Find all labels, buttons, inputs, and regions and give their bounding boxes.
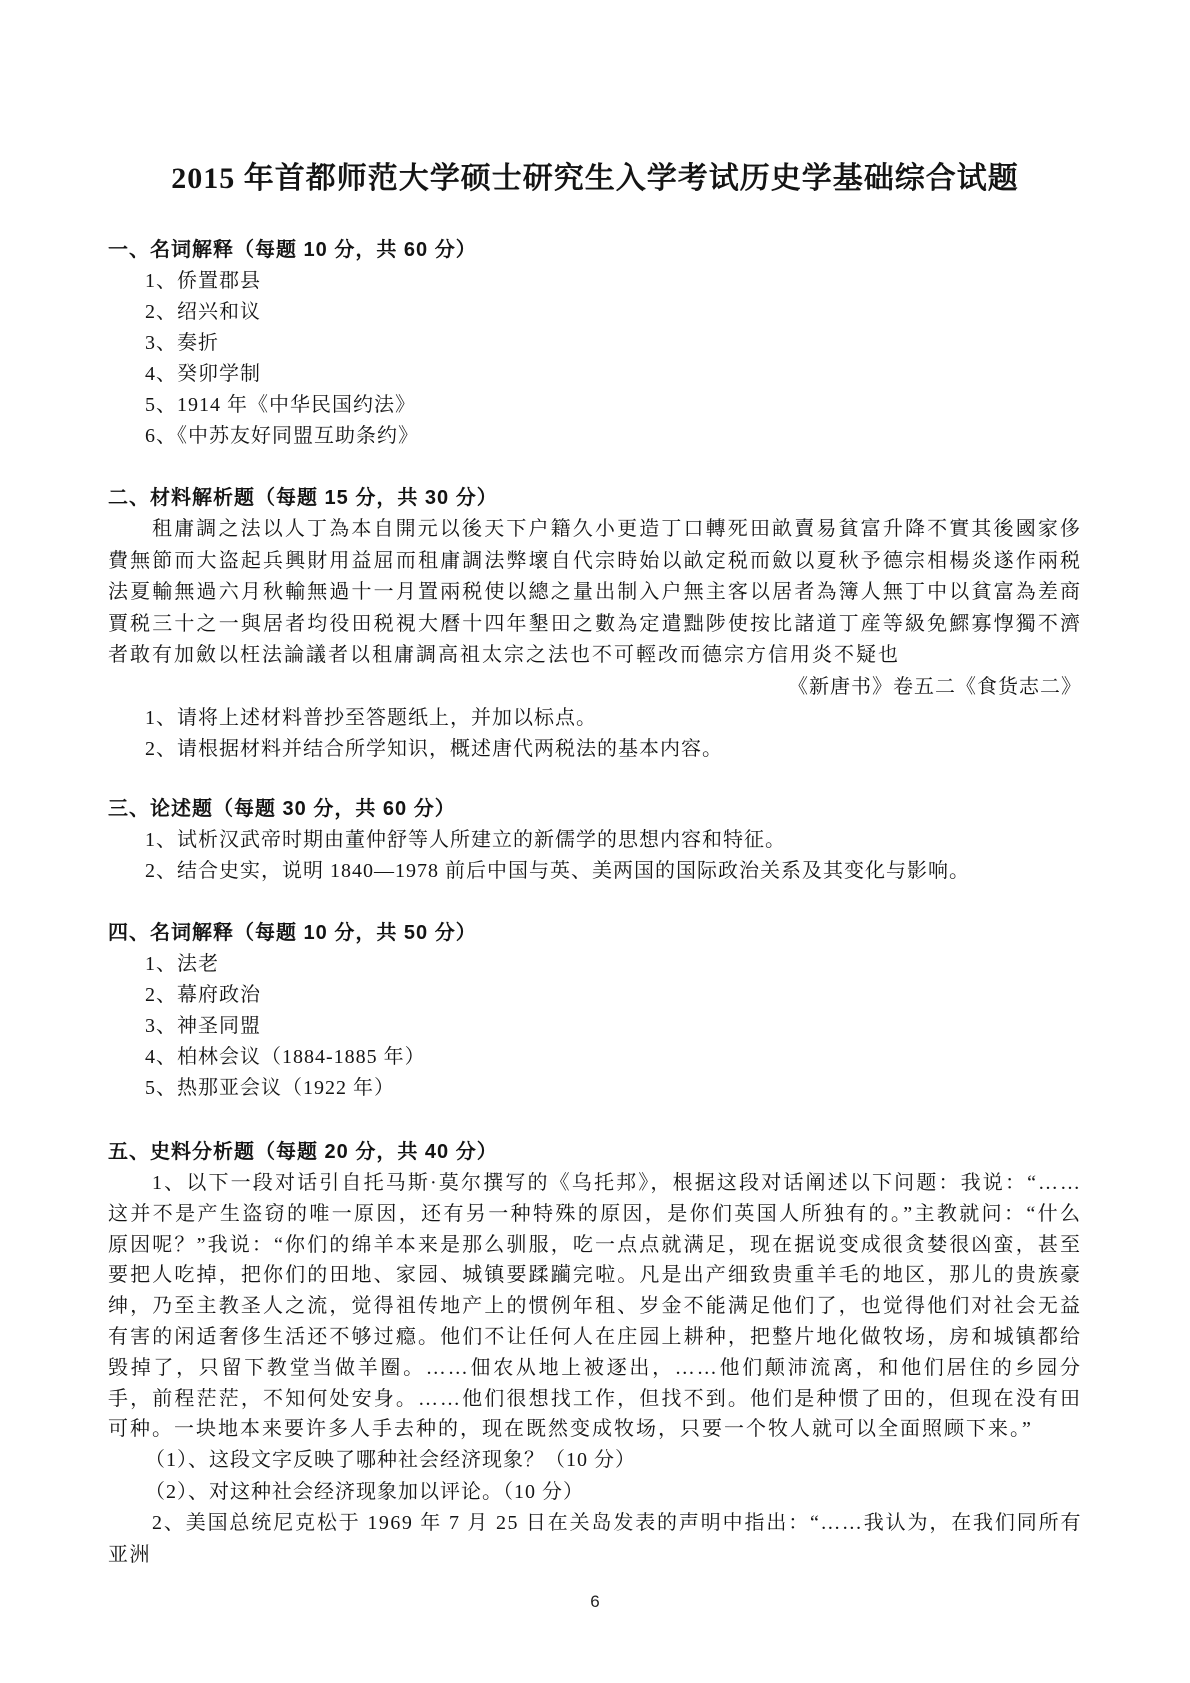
page-content: 2015 年首都师范大学硕士研究生入学考试历史学基础综合试题 一、名词解释（每题… (108, 0, 1082, 1571)
question-item: 1、请将上述材料普抄至答题纸上，并加以标点。 (145, 703, 1082, 734)
dialogue-paragraph: 1、以下一段对话引自托马斯·莫尔撰写的《乌托邦》，根据这段对话阐述以下问题：我说… (108, 1168, 1082, 1445)
question-item: 3、奏折 (145, 328, 1082, 359)
question-item: 1、法老 (145, 949, 1082, 980)
sub-question-item: （2）、对这种社会经济现象加以评论。（10 分） (145, 1477, 1082, 1509)
question-item: 4、柏林会议（1884-1885 年） (145, 1042, 1082, 1073)
section-heading: 一、名词解释（每题 10 分，共 60 分） (108, 234, 1082, 266)
exam-title: 2015 年首都师范大学硕士研究生入学考试历史学基础综合试题 (108, 0, 1082, 202)
question-item: 1、侨置郡县 (145, 266, 1082, 297)
question-item: 6、《中苏友好同盟互助条约》 (145, 421, 1082, 452)
question2-paragraph: 2、美国总统尼克松于 1969 年 7 月 25 日在关岛发表的声明中指出：“…… (108, 1508, 1082, 1571)
page-number: 6 (0, 1592, 1190, 1612)
section-heading: 五、史料分析题（每题 20 分，共 40 分） (108, 1136, 1082, 1168)
section-material-analysis: 二、材料解析题（每题 15 分，共 30 分） 租庸調之法以人丁為本自開元以後天… (108, 482, 1082, 765)
question-item: 5、热那亚会议（1922 年） (145, 1073, 1082, 1104)
question-item: 2、结合史实，说明 1840—1978 前后中国与英、美两国的国际政治关系及其变… (145, 856, 1082, 887)
exam-page: 2015 年首都师范大学硕士研究生入学考试历史学基础综合试题 一、名词解释（每题… (0, 0, 1190, 1683)
material-source: 《新唐书》卷五二《食货志二》 (108, 672, 1082, 703)
section-historical-analysis: 五、史料分析题（每题 20 分，共 40 分） 1、以下一段对话引自托马斯·莫尔… (108, 1136, 1082, 1571)
question-item: 4、癸卯学制 (145, 359, 1082, 390)
question-item: 2、请根据材料并结合所学知识，概述唐代两税法的基本内容。 (145, 734, 1082, 765)
question-item: 2、幕府政治 (145, 980, 1082, 1011)
section-heading: 二、材料解析题（每题 15 分，共 30 分） (108, 482, 1082, 514)
section-heading: 三、论述题（每题 30 分，共 60 分） (108, 793, 1082, 825)
question-item: 5、1914 年《中华民国约法》 (145, 390, 1082, 421)
section-essay: 三、论述题（每题 30 分，共 60 分） 1、试析汉武帝时期由董仲舒等人所建立… (108, 793, 1082, 887)
section-term-definitions-2: 四、名词解释（每题 10 分，共 50 分） 1、法老 2、幕府政治 3、神圣同… (108, 917, 1082, 1104)
question-item: 1、试析汉武帝时期由董仲舒等人所建立的新儒学的思想内容和特征。 (145, 825, 1082, 856)
sub-question-item: （1）、这段文字反映了哪种社会经济现象？（10 分） (145, 1445, 1082, 1477)
material-paragraph: 租庸調之法以人丁為本自開元以後天下户籍久小更造丁口轉死田畝賣易貧富升降不實其後國… (108, 514, 1082, 672)
question-item: 3、神圣同盟 (145, 1011, 1082, 1042)
section-heading: 四、名词解释（每题 10 分，共 50 分） (108, 917, 1082, 949)
section-term-definitions-1: 一、名词解释（每题 10 分，共 60 分） 1、侨置郡县 2、绍兴和议 3、奏… (108, 234, 1082, 452)
question-item: 2、绍兴和议 (145, 297, 1082, 328)
